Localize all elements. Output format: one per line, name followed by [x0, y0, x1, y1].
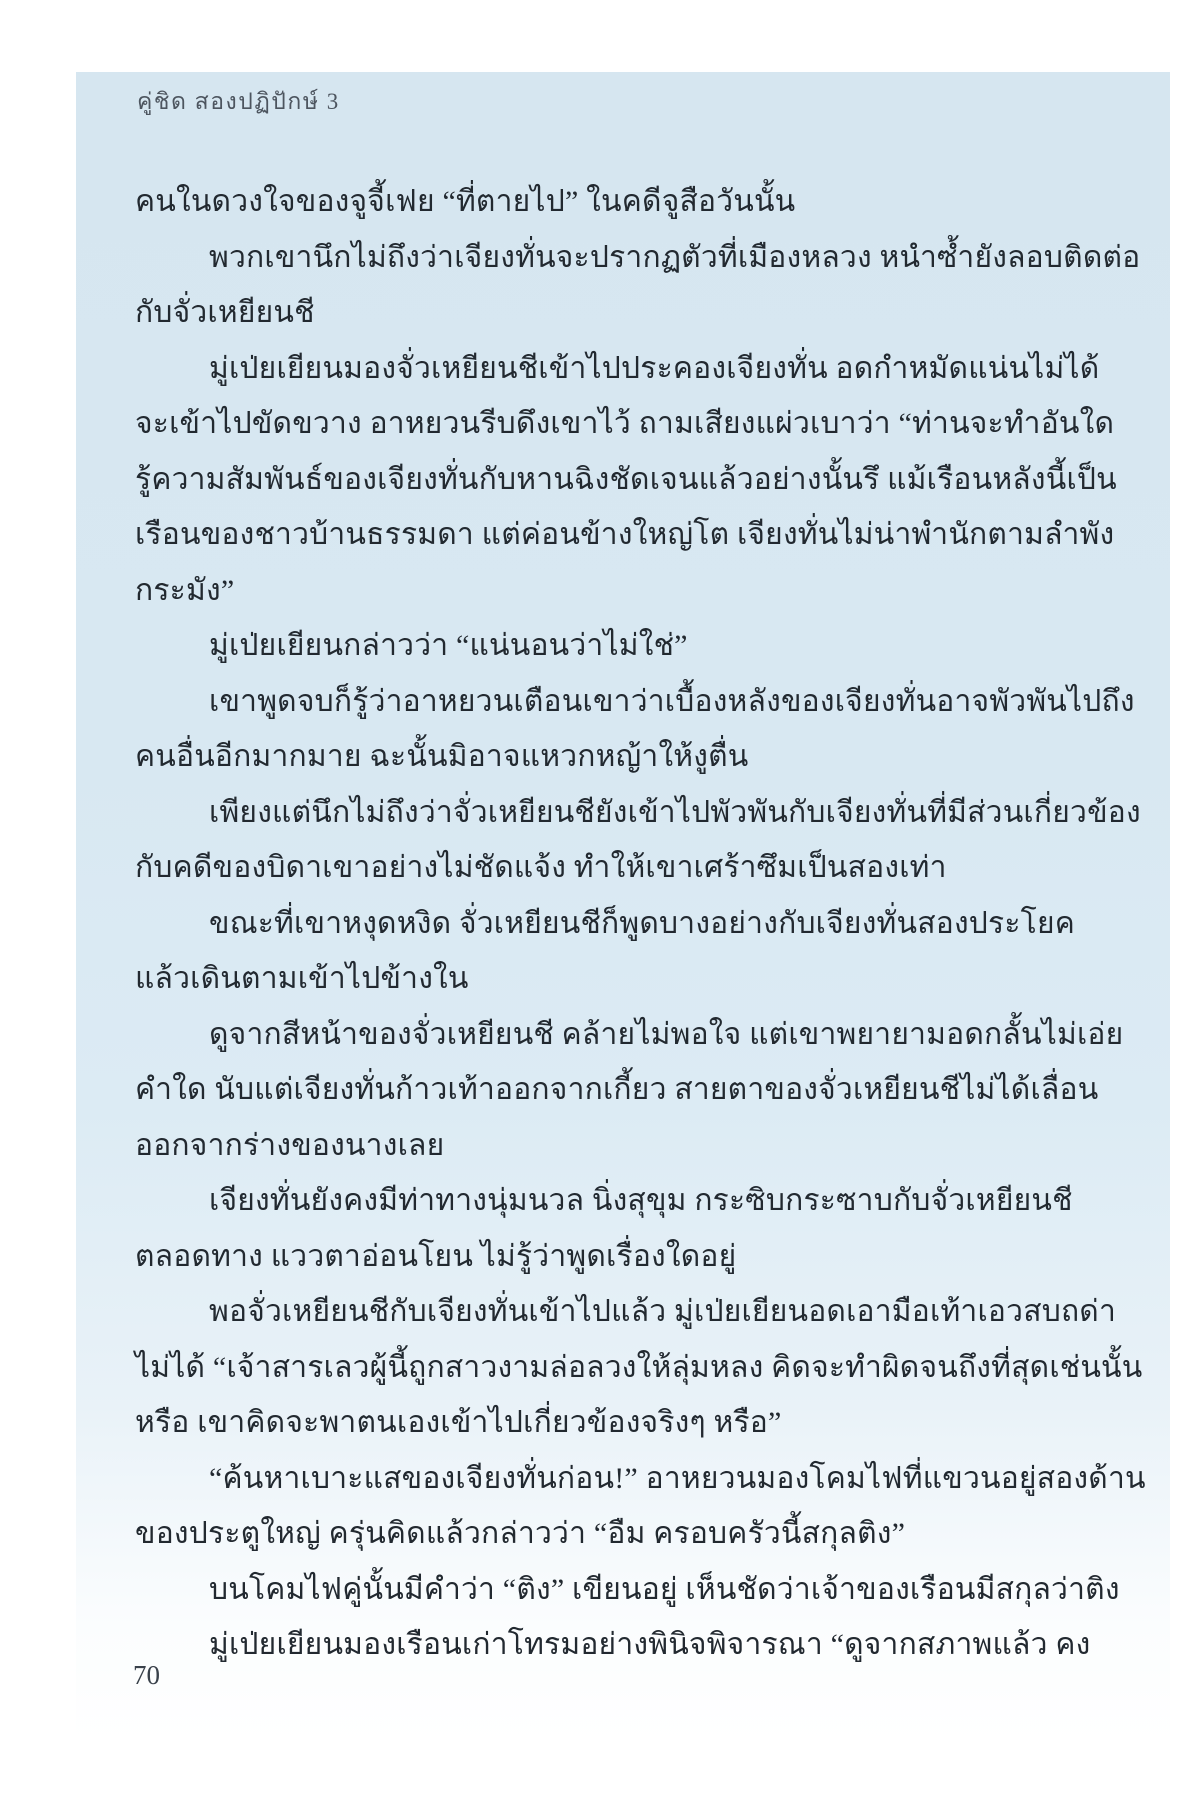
text-line: ไม่ได้ “เจ้าสารเลวผู้นี้ถูกสาวงามล่อลวงใ…	[135, 1340, 1095, 1396]
text-line: คนอื่นอีกมากมาย ฉะนั้นมิอาจแหวกหญ้าให้งู…	[135, 729, 1095, 785]
text-line: รู้ความสัมพันธ์ของเจียงทั่นกับหานฉิงชัดเ…	[135, 452, 1095, 508]
text-line: มู่เป่ยเยียนมองจั่วเหยียนชีเข้าไปประคองเ…	[135, 341, 1095, 397]
text-line: เรือนของชาวบ้านธรรมดา แต่ค่อนข้างใหญ่โต …	[135, 507, 1095, 563]
text-line: หรือ เขาคิดจะพาตนเองเข้าไปเกี่ยวข้องจริง…	[135, 1395, 1095, 1451]
text-line: มู่เป่ยเยียนกล่าวว่า “แน่นอนว่าไม่ใช่”	[135, 618, 1095, 674]
text-line: ของประตูใหญ่ ครุ่นคิดแล้วกล่าวว่า “อืม ค…	[135, 1506, 1095, 1562]
text-line: พอจั่วเหยียนชีกับเจียงทั่นเข้าไปแล้ว มู่…	[135, 1284, 1095, 1340]
text-line: เพียงแต่นึกไม่ถึงว่าจั่วเหยียนชียังเข้าไ…	[135, 785, 1095, 841]
text-line: แล้วเดินตามเข้าไปข้างใน	[135, 951, 1095, 1007]
text-line: “ค้นหาเบาะแสของเจียงทั่นก่อน!” อาหยวนมอง…	[135, 1451, 1095, 1507]
text-line: ตลอดทาง แววตาอ่อนโยน ไม่รู้ว่าพูดเรื่องใ…	[135, 1229, 1095, 1285]
text-line: เขาพูดจบก็รู้ว่าอาหยวนเตือนเขาว่าเบื้องห…	[135, 674, 1095, 730]
text-line: พวกเขานึกไม่ถึงว่าเจียงทั่นจะปรากฏตัวที่…	[135, 230, 1095, 286]
text-line: จะเข้าไปขัดขวาง อาหยวนรีบดึงเขาไว้ ถามเส…	[135, 396, 1095, 452]
text-line: กับคดีของบิดาเขาอย่างไม่ชัดแจ้ง ทำให้เขา…	[135, 840, 1095, 896]
body-text: คนในดวงใจของจูจี้เฟย “ที่ตายไป” ในคดีจูส…	[135, 174, 1095, 1673]
text-line: กระมัง”	[135, 563, 1095, 619]
text-line: คนในดวงใจของจูจี้เฟย “ที่ตายไป” ในคดีจูส…	[135, 174, 1095, 230]
text-line: คำใด นับแต่เจียงทั่นก้าวเท้าออกจากเกี้ยว…	[135, 1062, 1095, 1118]
text-line: ออกจากร่างของนางเลย	[135, 1118, 1095, 1174]
text-line: เจียงทั่นยังคงมีท่าทางนุ่มนวล นิ่งสุขุม …	[135, 1173, 1095, 1229]
text-line: ดูจากสีหน้าของจั่วเหยียนชี คล้ายไม่พอใจ …	[135, 1007, 1095, 1063]
running-head: คู่ชิด สองปฏิปักษ์ 3	[137, 84, 340, 120]
text-line: กับจั่วเหยียนชี	[135, 285, 1095, 341]
text-line: ขณะที่เขาหงุดหงิด จั่วเหยียนชีก็พูดบางอย…	[135, 896, 1095, 952]
page-number: 70	[133, 1660, 160, 1691]
text-line: มู่เป่ยเยียนมองเรือนเก่าโทรมอย่างพินิจพิ…	[135, 1617, 1095, 1673]
text-line: บนโคมไฟคู่นั้นมีคำว่า “ติง” เขียนอยู่ เห…	[135, 1562, 1095, 1618]
